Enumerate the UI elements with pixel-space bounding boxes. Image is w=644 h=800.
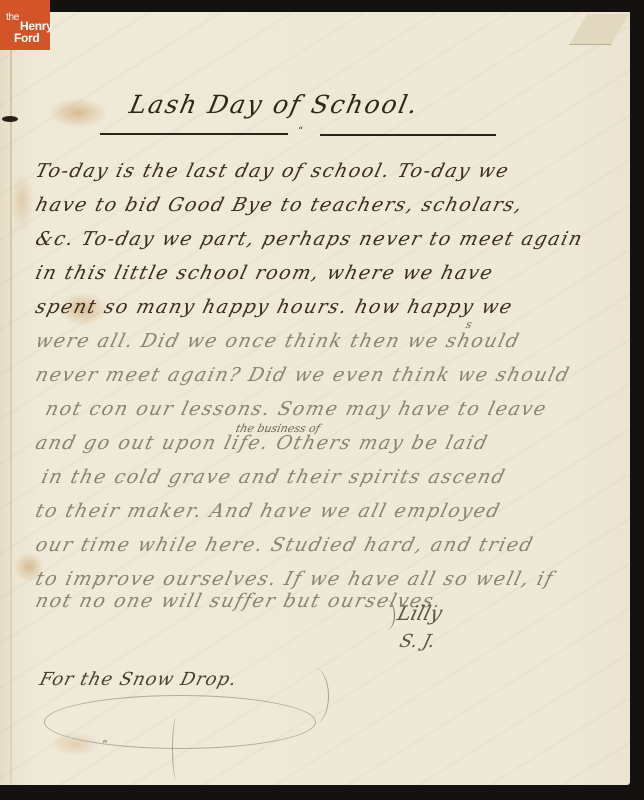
essay-line: in this little school room, where we hav… bbox=[33, 262, 496, 284]
title-underline bbox=[100, 133, 288, 135]
pen-flourish bbox=[172, 718, 181, 780]
logo-text-the: the bbox=[6, 12, 19, 23]
stain bbox=[48, 98, 108, 128]
essay-line: spent so many happy hours. how happy we bbox=[33, 296, 515, 318]
title-ditto-mark: “ bbox=[298, 126, 303, 137]
manuscript-page: Lash Day of School. “ To-day is the last… bbox=[0, 12, 630, 785]
scan-frame: Lash Day of School. “ To-day is the last… bbox=[0, 0, 644, 800]
signature-initials: S. J. bbox=[397, 631, 437, 652]
binding-edge bbox=[10, 12, 12, 785]
essay-line: in the cold grave and their spirits asce… bbox=[39, 466, 508, 488]
stain bbox=[10, 172, 34, 232]
dedication-ditto-mark: “ bbox=[102, 738, 108, 751]
logo-text-ford: Ford bbox=[14, 31, 39, 45]
signature: Lilly bbox=[395, 601, 445, 625]
title-underline bbox=[320, 134, 496, 136]
essay-line: To-day is the last day of school. To-day… bbox=[33, 160, 512, 182]
essay-line: our time while here. Studied hard, and t… bbox=[33, 534, 536, 556]
binding-hole bbox=[2, 116, 18, 122]
essay-line: &c. To-day we part, perhaps never to mee… bbox=[33, 228, 585, 250]
essay-line: were all. Did we once think then we shou… bbox=[33, 330, 522, 352]
signature-bracket bbox=[378, 600, 395, 630]
essay-line: and go out upon life. Others may be laid bbox=[33, 432, 491, 454]
essay-line: not con our lessons. Some may have to le… bbox=[43, 398, 549, 420]
dedication: For the Snow Drop. bbox=[37, 669, 239, 690]
essay-line: to their maker. And have we all employed bbox=[33, 500, 503, 522]
henry-ford-logo: the Henry Ford bbox=[0, 0, 50, 50]
essay-line: to improve ourselves. If we have all so … bbox=[33, 568, 556, 590]
essay-line: never meet again? Did we even think we s… bbox=[33, 364, 572, 386]
document-title: Lash Day of School. bbox=[127, 90, 422, 119]
pen-flourish bbox=[300, 668, 329, 724]
essay-line: have to bid Good Bye to teachers, schola… bbox=[33, 194, 525, 216]
